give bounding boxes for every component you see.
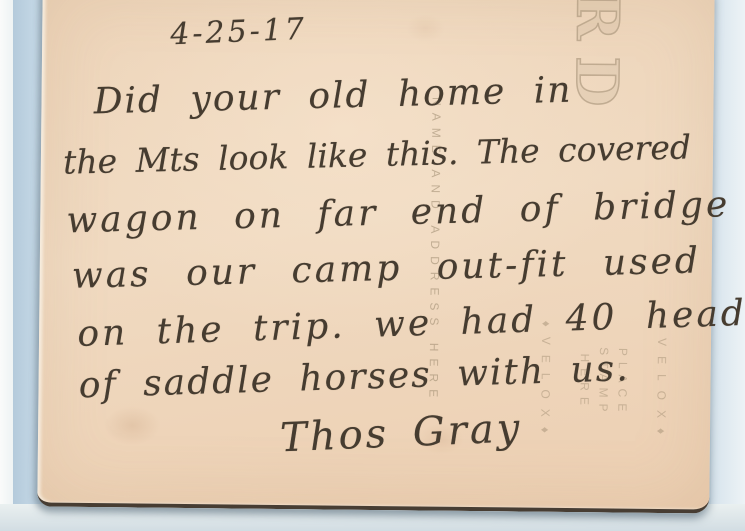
postcard: RD NAME AND ADDRESS HERE ♦VELOX♦ PLACE S… bbox=[37, 0, 714, 514]
post-card-outline-letters: RD bbox=[566, 0, 628, 133]
message-line: the Mts look like this. The covered bbox=[63, 127, 692, 181]
message-line: Did your old home in bbox=[93, 70, 573, 123]
message-line: wagon on far end of bridge bbox=[66, 184, 731, 241]
message-line: was our camp out-fit used bbox=[71, 240, 701, 296]
signature: Thos Gray bbox=[279, 405, 523, 461]
message-line: on the trip. we had 40 head bbox=[77, 293, 745, 355]
handwritten-date: 4-25-17 bbox=[170, 12, 308, 53]
message-line: of saddle horses with us. bbox=[78, 348, 630, 406]
postcard-photo: RD NAME AND ADDRESS HERE ♦VELOX♦ PLACE S… bbox=[0, 0, 745, 531]
backdrop-right-strip bbox=[711, 0, 745, 531]
backdrop-left-white-strip bbox=[0, 0, 13, 531]
